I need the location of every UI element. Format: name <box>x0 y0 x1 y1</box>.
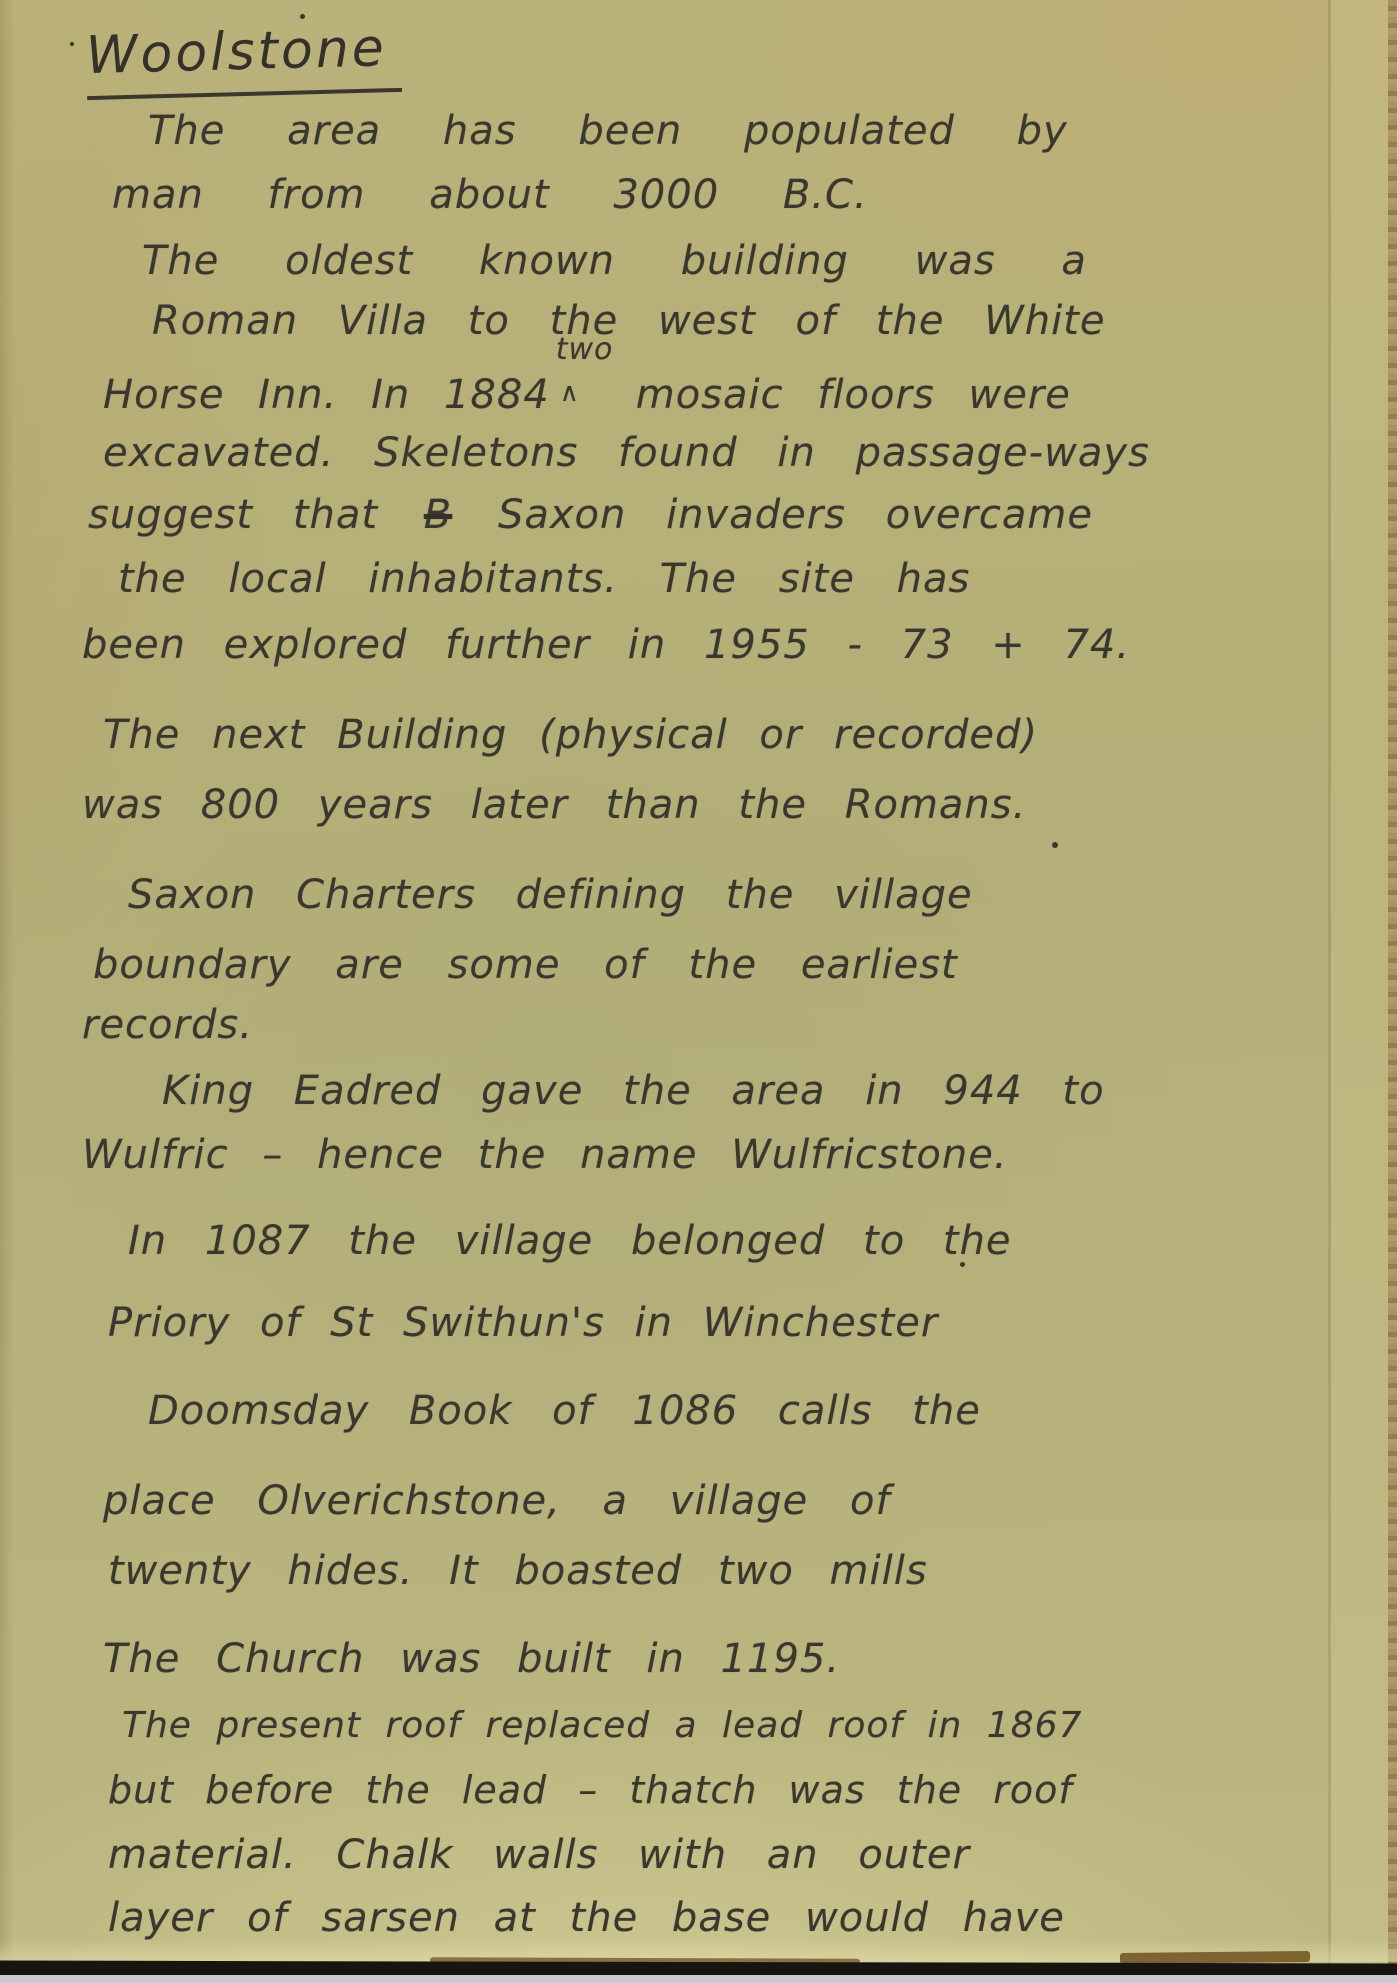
struck-out-word: B <box>424 492 452 538</box>
handwritten-line: place Olverichstone, a village of <box>103 1478 891 1524</box>
line-text: records. <box>82 1002 253 1048</box>
line-text: was 800 years later than the Romans. <box>82 782 1026 828</box>
handwritten-line: layer of sarsen at the base would have <box>108 1895 1065 1941</box>
line-text: King Eadred gave the area in 944 to <box>162 1068 1105 1114</box>
caret-icon: ∧ <box>560 378 580 408</box>
handwritten-line: The area has been populated by <box>148 108 1068 154</box>
handwritten-line: Roman Villa to the west of the White <box>152 298 1105 344</box>
scanner-background <box>0 1975 1397 1983</box>
handwritten-line: man from about 3000 B.C. <box>112 172 868 218</box>
line-text: Wulfric – hence the name Wulfricstone. <box>82 1132 1008 1178</box>
insertion-mark: two∧ <box>550 362 636 408</box>
line-text: Priory of St Swithun's in Winchester <box>108 1300 938 1346</box>
handwritten-line: In 1087 the village belonged to the <box>128 1218 1012 1264</box>
handwritten-line: The oldest known building was a <box>142 238 1087 284</box>
handwritten-line: King Eadred gave the area in 944 to <box>162 1068 1105 1114</box>
line-text: The next Building (physical or recorded) <box>103 712 1038 758</box>
line-text: suggest that <box>88 492 378 538</box>
paper-right-edge <box>1388 0 1397 1983</box>
handwritten-line: The present roof replaced a lead roof in… <box>122 1705 1082 1746</box>
line-text: Horse Inn. In 1884 <box>103 372 550 418</box>
line-text: but before the lead – thatch was the roo… <box>108 1768 1073 1812</box>
line-text: The oldest known building was a <box>142 238 1087 284</box>
handwritten-line: Saxon Charters defining the village <box>128 872 973 918</box>
ink-speck <box>960 1262 965 1267</box>
handwritten-line-with-insertion: Horse Inn. In 1884two∧mosaic floors were <box>103 362 1071 418</box>
handwritten-line: Doomsday Book of 1086 calls the <box>148 1388 981 1434</box>
line-text: twenty hides. It boasted two mills <box>108 1548 928 1594</box>
page-title-text: Woolstone <box>85 18 402 100</box>
line-text: the local inhabitants. The site has <box>118 556 970 602</box>
paper-left-edge-shadow <box>0 0 14 1983</box>
handwritten-line: the local inhabitants. The site has <box>118 556 970 602</box>
inserted-word: two <box>556 332 614 367</box>
handwritten-line: boundary are some of the earliest <box>93 942 958 988</box>
line-text: In 1087 the village belonged to the <box>128 1218 1012 1264</box>
paper-fold-strip <box>1331 0 1388 1983</box>
handwritten-line: The Church was built in 1195. <box>103 1636 840 1682</box>
handwritten-line: but before the lead – thatch was the roo… <box>108 1768 1073 1812</box>
page-title: Woolstone <box>85 18 401 86</box>
handwritten-line: The next Building (physical or recorded) <box>103 712 1038 758</box>
line-text: The Church was built in 1195. <box>103 1636 840 1682</box>
handwritten-line: Wulfric – hence the name Wulfricstone. <box>82 1132 1008 1178</box>
line-text: The present roof replaced a lead roof in… <box>122 1705 1082 1746</box>
line-text: been explored further in 1955 - 73 + 74. <box>82 622 1130 668</box>
handwritten-line: twenty hides. It boasted two mills <box>108 1548 928 1594</box>
line-text: mosaic floors were <box>636 372 1071 418</box>
line-text: material. Chalk walls with an outer <box>108 1832 970 1878</box>
handwritten-line: been explored further in 1955 - 73 + 74. <box>82 622 1130 668</box>
line-text: Roman Villa to the west of the White <box>152 298 1105 344</box>
line-text: layer of sarsen at the base would have <box>108 1895 1065 1941</box>
line-text: man from about 3000 B.C. <box>112 172 868 218</box>
handwritten-line: material. Chalk walls with an outer <box>108 1832 970 1878</box>
line-text: Doomsday Book of 1086 calls the <box>148 1388 981 1434</box>
line-text: excavated. Skeletons found in passage-wa… <box>103 430 1150 476</box>
handwritten-line: was 800 years later than the Romans. <box>82 782 1026 828</box>
handwritten-line-with-strikethrough: suggest that B Saxon invaders overcame <box>88 492 1093 538</box>
ink-speck <box>1052 842 1058 848</box>
scanned-handwritten-page: Woolstone The area has been populated by… <box>0 0 1397 1983</box>
line-text: The area has been populated by <box>148 108 1068 154</box>
ink-speck <box>300 14 305 19</box>
line-text: Saxon invaders overcame <box>498 492 1093 538</box>
ink-speck <box>70 42 74 46</box>
line-text: Saxon Charters defining the village <box>128 872 973 918</box>
line-text: place Olverichstone, a village of <box>103 1478 891 1524</box>
handwritten-line: records. <box>82 1002 253 1048</box>
line-text: boundary are some of the earliest <box>93 942 958 988</box>
handwritten-line: excavated. Skeletons found in passage-wa… <box>103 430 1150 476</box>
handwritten-line: Priory of St Swithun's in Winchester <box>108 1300 938 1346</box>
